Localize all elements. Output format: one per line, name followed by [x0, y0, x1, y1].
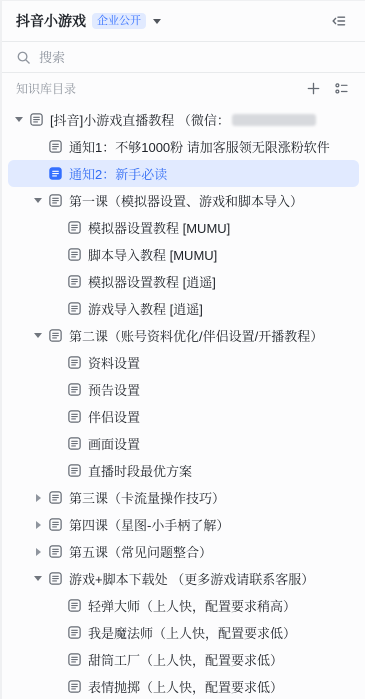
- manage-directory-button[interactable]: [330, 78, 352, 100]
- collapse-directory-button[interactable]: [327, 9, 351, 33]
- tree-item-label: 直播时段最优方案: [88, 461, 192, 480]
- tree-item[interactable]: 第二课（账号资料优化/伴侣设置/开播教程）: [8, 322, 359, 349]
- search-icon: [16, 50, 31, 65]
- tree-item-label: 模拟器设置教程 [逍遥]: [88, 272, 216, 291]
- expand-caret-box[interactable]: [29, 192, 47, 210]
- document-icon: [66, 463, 82, 479]
- document-icon: [47, 544, 63, 560]
- expand-caret-box[interactable]: [48, 651, 66, 669]
- tree-item[interactable]: 模拟器设置教程 [MUMU]: [8, 214, 359, 241]
- expand-caret-icon: [36, 494, 41, 502]
- tree-item[interactable]: 脚本导入教程 [MUMU]: [8, 241, 359, 268]
- document-icon: [47, 571, 63, 587]
- expand-caret-box[interactable]: [48, 354, 66, 372]
- tree-item[interactable]: 直播时段最优方案: [8, 457, 359, 484]
- document-icon: [66, 274, 82, 290]
- tree-item[interactable]: 资料设置: [8, 349, 359, 376]
- wiki-sidebar-panel: 抖音小游戏 企业公开 知识库目录: [0, 0, 365, 699]
- tree-item-label: 游戏+脚本下载处 （更多游戏请联系客服）: [69, 569, 314, 588]
- tree-item-label: 预告设置: [88, 380, 140, 399]
- tree-item-label: [抖音]小游戏直播教程 （微信：: [50, 110, 230, 129]
- tree-item[interactable]: 我是魔法师（上人快，配置要求低）: [8, 619, 359, 646]
- document-icon: [66, 247, 82, 263]
- expand-caret-icon: [34, 333, 42, 338]
- tree-item-label: 我是魔法师（上人快，配置要求低）: [88, 623, 296, 642]
- list-manage-icon: [334, 81, 349, 96]
- document-icon: [47, 193, 63, 209]
- document-icon: [66, 598, 82, 614]
- expand-caret-box[interactable]: [48, 381, 66, 399]
- document-icon: [47, 328, 63, 344]
- directory-section-header: 知识库目录: [2, 73, 365, 104]
- expand-caret-box[interactable]: [29, 570, 47, 588]
- tree-item-label: 通知1：不够1000粉 请加客服领无限涨粉软件: [69, 137, 330, 156]
- document-icon: [66, 301, 82, 317]
- tree-item[interactable]: 第四课（星图-小手柄了解）: [8, 511, 359, 538]
- plus-icon: [306, 81, 321, 96]
- expand-caret-icon: [36, 521, 41, 529]
- tree-item[interactable]: 模拟器设置教程 [逍遥]: [8, 268, 359, 295]
- expand-caret-box[interactable]: [48, 408, 66, 426]
- tree-item[interactable]: 伴侣设置: [8, 403, 359, 430]
- tree-item-label: 第一课（模拟器设置、游戏和脚本导入）: [69, 191, 303, 210]
- add-page-button[interactable]: [302, 78, 324, 100]
- sidebar-header: 抖音小游戏 企业公开: [2, 1, 365, 41]
- tree-item[interactable]: 表情抛掷（上人快，配置要求低）: [8, 673, 359, 699]
- expand-caret-box[interactable]: [48, 462, 66, 480]
- tree-item-label: 第五课（常见问题整合）: [69, 542, 212, 561]
- tree-item[interactable]: 通知1：不够1000粉 请加客服领无限涨粉软件: [8, 133, 359, 160]
- document-icon: [66, 652, 82, 668]
- tree-item[interactable]: [抖音]小游戏直播教程 （微信：: [8, 106, 359, 133]
- tree-item[interactable]: 通知2：新手必读: [8, 160, 359, 187]
- visibility-badge: 企业公开: [92, 13, 146, 29]
- directory-tree: [抖音]小游戏直播教程 （微信： 通知1：不够1000粉 请加客服领无限涨粉软件: [2, 104, 365, 699]
- tree-item-label: 第三课（卡流量操作技巧）: [69, 488, 225, 507]
- tree-item-label: 第二课（账号资料优化/伴侣设置/开播教程）: [69, 326, 323, 345]
- expand-caret-box[interactable]: [29, 165, 47, 183]
- expand-caret-box[interactable]: [48, 246, 66, 264]
- document-icon: [47, 166, 63, 182]
- tree-item[interactable]: 第五课（常见问题整合）: [8, 538, 359, 565]
- expand-caret-box[interactable]: [48, 300, 66, 318]
- tree-item-label: 第四课（星图-小手柄了解）: [69, 515, 229, 534]
- expand-caret-box[interactable]: [29, 327, 47, 345]
- document-icon: [66, 409, 82, 425]
- expand-caret-box[interactable]: [29, 138, 47, 156]
- tree-item[interactable]: 第三课（卡流量操作技巧）: [8, 484, 359, 511]
- expand-caret-box[interactable]: [29, 516, 47, 534]
- censored-text-block: [232, 114, 316, 126]
- document-icon: [66, 679, 82, 695]
- document-icon: [66, 220, 82, 236]
- document-icon: [66, 355, 82, 371]
- expand-caret-box[interactable]: [10, 111, 28, 129]
- tree-item[interactable]: 第一课（模拟器设置、游戏和脚本导入）: [8, 187, 359, 214]
- tree-item-label: 轻弹大师（上人快，配置要求稍高）: [88, 596, 296, 615]
- document-icon: [47, 517, 63, 533]
- title-dropdown-caret-icon[interactable]: [153, 19, 161, 24]
- search-input[interactable]: [39, 50, 351, 65]
- expand-caret-box[interactable]: [29, 543, 47, 561]
- tree-item[interactable]: 游戏导入教程 [逍遥]: [8, 295, 359, 322]
- tree-item-label: 脚本导入教程 [MUMU]: [88, 245, 217, 264]
- tree-item-label: 游戏导入教程 [逍遥]: [88, 299, 203, 318]
- tree-item[interactable]: 画面设置: [8, 430, 359, 457]
- document-icon: [47, 490, 63, 506]
- expand-caret-box[interactable]: [48, 273, 66, 291]
- tree-item-label: 资料设置: [88, 353, 140, 372]
- document-icon: [66, 382, 82, 398]
- tree-item-label: 表情抛掷（上人快，配置要求低）: [88, 677, 283, 696]
- expand-caret-box[interactable]: [29, 489, 47, 507]
- tree-item[interactable]: 甜筒工厂（上人快，配置要求低）: [8, 646, 359, 673]
- expand-caret-icon: [36, 548, 41, 556]
- expand-caret-icon: [34, 198, 42, 203]
- expand-caret-box[interactable]: [48, 624, 66, 642]
- directory-title: 知识库目录: [16, 80, 302, 97]
- expand-caret-icon: [15, 117, 23, 122]
- tree-item[interactable]: 预告设置: [8, 376, 359, 403]
- document-icon: [28, 112, 44, 128]
- tree-item-label: 模拟器设置教程 [MUMU]: [88, 218, 230, 237]
- expand-caret-icon: [34, 576, 42, 581]
- expand-caret-box[interactable]: [48, 597, 66, 615]
- expand-caret-box[interactable]: [48, 678, 66, 696]
- document-icon: [66, 436, 82, 452]
- tree-item[interactable]: 游戏+脚本下载处 （更多游戏请联系客服）: [8, 565, 359, 592]
- collapse-directory-icon: [331, 13, 347, 29]
- tree-item-label: 画面设置: [88, 434, 140, 453]
- search-bar[interactable]: [2, 42, 365, 72]
- tree-item[interactable]: 轻弹大师（上人快，配置要求稍高）: [8, 592, 359, 619]
- wiki-title[interactable]: 抖音小游戏: [16, 11, 86, 31]
- tree-item-label: 甜筒工厂（上人快，配置要求低）: [88, 650, 283, 669]
- document-icon: [66, 625, 82, 641]
- tree-item-label: 伴侣设置: [88, 407, 140, 426]
- expand-caret-box[interactable]: [48, 435, 66, 453]
- expand-caret-box[interactable]: [48, 219, 66, 237]
- tree-item-label: 通知2：新手必读: [69, 164, 167, 183]
- document-icon: [47, 139, 63, 155]
